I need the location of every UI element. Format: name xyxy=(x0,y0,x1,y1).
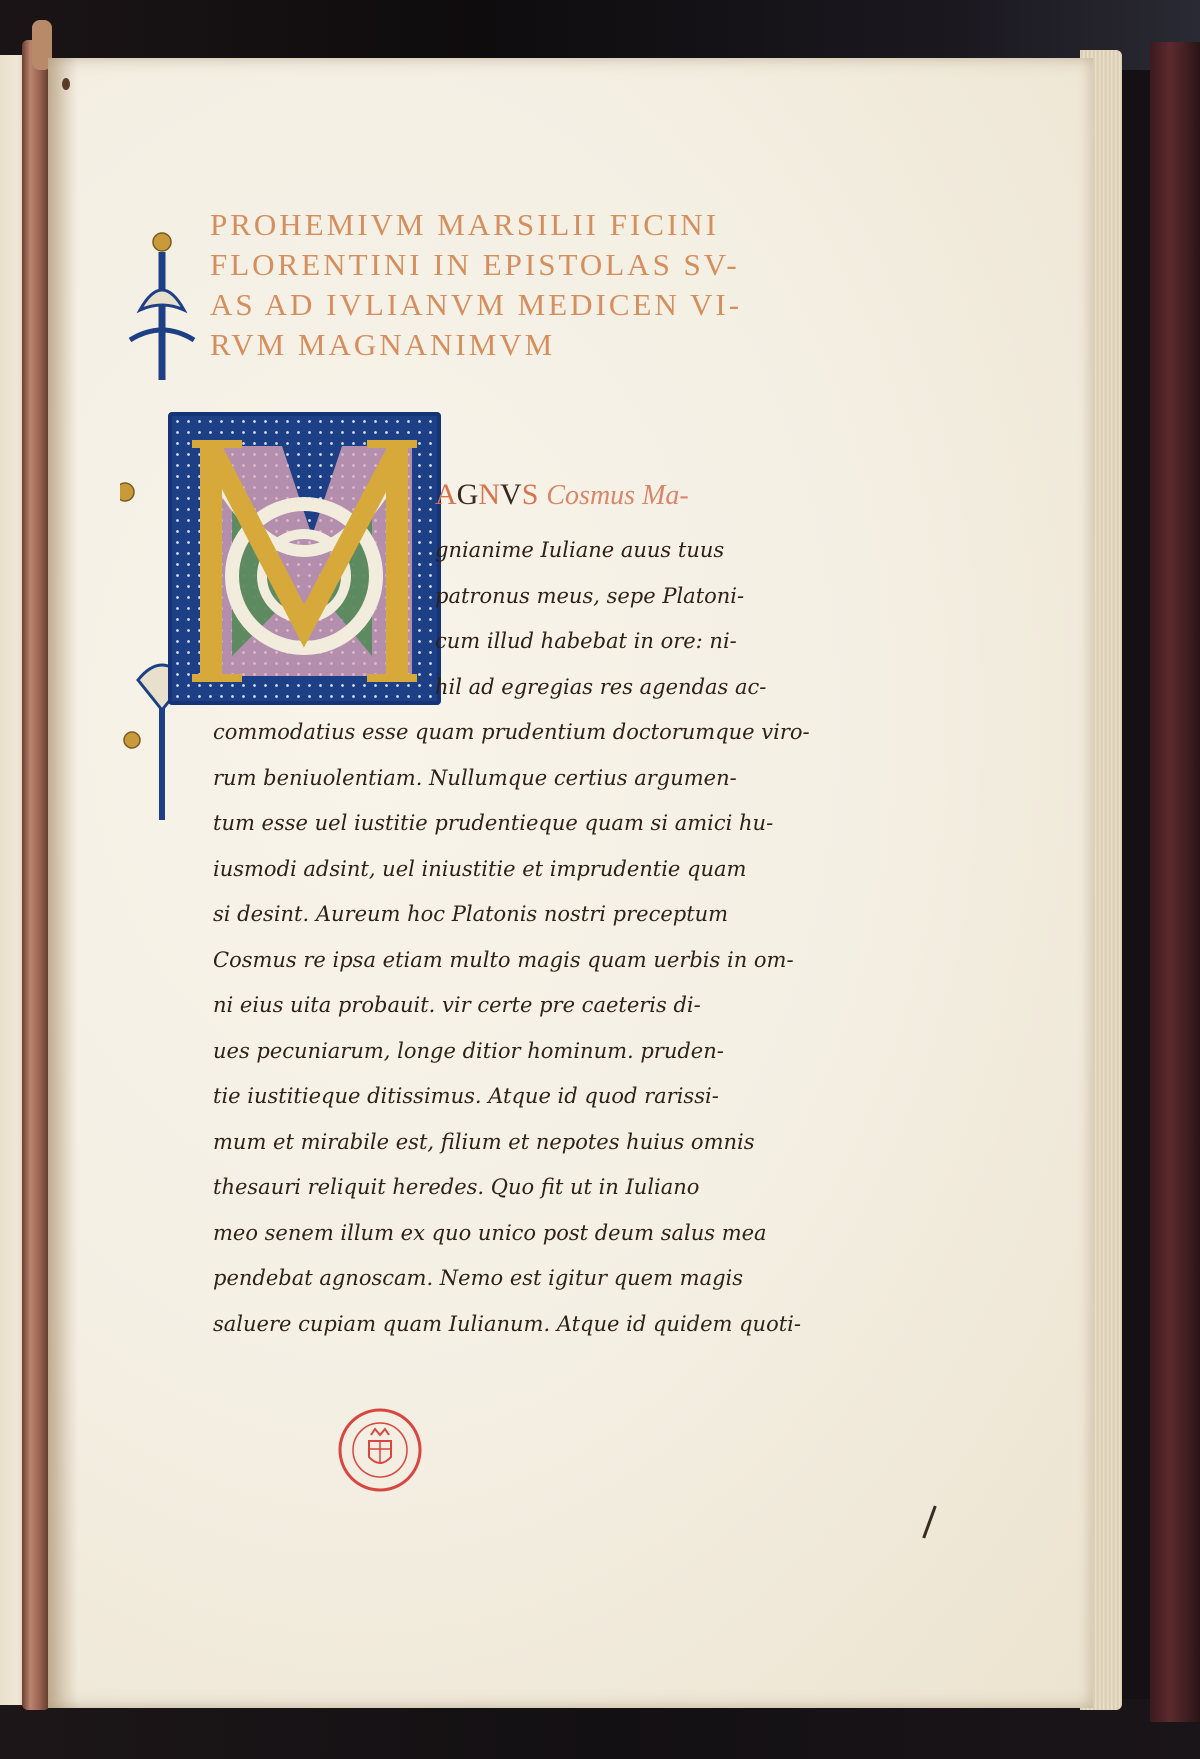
library-stamp-icon xyxy=(335,1405,425,1495)
gutter-shadow xyxy=(48,58,78,1708)
text-line: hil ad egregias res agendas ac- xyxy=(213,665,813,711)
incipit-continuation: Cosmus Ma- xyxy=(546,480,688,511)
text-line: saluere cupiam quam Iulianum. Atque id q… xyxy=(213,1302,813,1348)
text-line: tum esse uel iustitie prudentieque quam … xyxy=(213,801,813,847)
text-line: cum illud habebat in ore: ni- xyxy=(213,619,813,665)
text-line: ni eius uita probauit. vir certe pre cae… xyxy=(213,983,813,1029)
incipit-line: AGNVSCosmus Ma- xyxy=(435,478,689,512)
text-line: thesauri reliquit heredes. Quo fit ut in… xyxy=(213,1165,813,1211)
text-line: ues pecuniarum, longe ditior hominum. pr… xyxy=(213,1029,813,1075)
text-line: commodatius esse quam prudentium doctoru… xyxy=(213,710,813,756)
rubric-title: PROHEMIVM MARSILII FICINI FLORENTINI IN … xyxy=(210,205,810,365)
rubric-line: AS AD IVLIANVM MEDICEN VI- xyxy=(210,285,810,325)
rubric-line: FLORENTINI IN EPISTOLAS SV- xyxy=(210,245,810,285)
text-line: mum et mirabile est, filium et nepotes h… xyxy=(213,1120,813,1166)
text-line: tie iustitieque ditissimus. Atque id quo… xyxy=(213,1074,813,1120)
text-line: gnianime Iuliane auus tuus xyxy=(213,528,813,574)
incipit-letter: V xyxy=(500,478,522,511)
book-binding-spine xyxy=(22,40,50,1710)
text-line: rum beniuolentiam. Nullumque certius arg… xyxy=(213,756,813,802)
text-line: si desint. Aureum hoc Platonis nostri pr… xyxy=(213,892,813,938)
ink-spot xyxy=(62,78,70,90)
rubric-line: PROHEMIVM MARSILII FICINI xyxy=(210,205,810,245)
incipit-letter: S xyxy=(522,478,539,511)
text-line: patronus meus, sepe Platoni- xyxy=(213,574,813,620)
incipit-letter: G xyxy=(457,478,479,511)
dark-background-bottom xyxy=(0,1699,1200,1759)
body-text: gnianime Iuliane auus tuus patronus meus… xyxy=(213,528,813,1347)
text-line: Cosmus re ipsa etiam multo magis quam ue… xyxy=(213,938,813,984)
rubric-line: RVM MAGNANIMVM xyxy=(210,325,810,365)
book-cover-edge xyxy=(1150,42,1200,1722)
text-line: pendebat agnoscam. Nemo est igitur quem … xyxy=(213,1256,813,1302)
text-line: meo senem illum ex quo unico post deum s… xyxy=(213,1211,813,1257)
incipit-letter: A xyxy=(435,478,457,511)
incipit-letter: N xyxy=(478,478,500,511)
text-line: iusmodi adsint, uel iniustitie et imprud… xyxy=(213,847,813,893)
